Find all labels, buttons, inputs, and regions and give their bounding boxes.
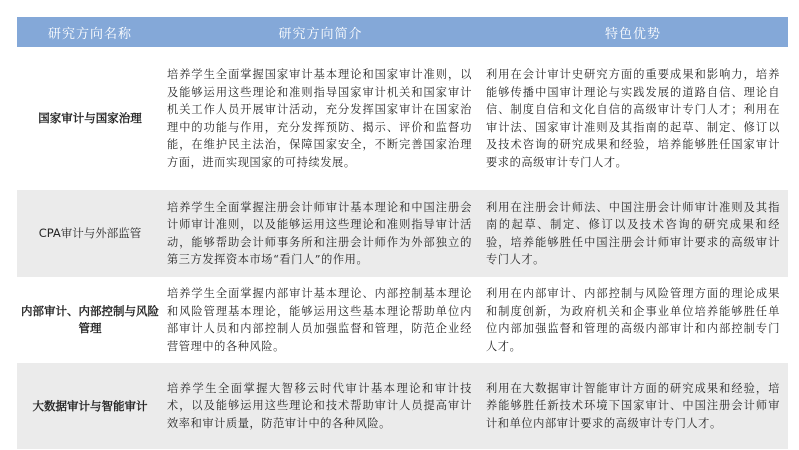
direction-intro-text: 培养学生全面掌握国家审计基本理论和国家审计准则，以及能够运用这些理论和准则指导国… bbox=[167, 66, 472, 171]
header-distinctive-advantages: 特色优势 bbox=[478, 17, 788, 47]
direction-advantage: 利用在内部审计、内部控制与风险管理方面的理论成果和制度创新，为政府机关和企事业单… bbox=[478, 277, 788, 363]
direction-intro: 培养学生全面掌握内部审计基本理论、内部控制基本理论和风险管理基本理论，能够运用这… bbox=[163, 277, 478, 363]
header-research-direction-intro: 研究方向简介 bbox=[163, 17, 478, 47]
direction-advantage-text: 利用在大数据审计智能审计方面的研究成果和经验，培养能够胜任新技术环境下国家审计、… bbox=[486, 380, 780, 433]
table-row: 国家审计与国家治理 培养学生全面掌握国家审计基本理论和国家审计准则，以及能够运用… bbox=[17, 47, 788, 190]
direction-intro: 培养学生全面掌握国家审计基本理论和国家审计准则，以及能够运用这些理论和准则指导国… bbox=[163, 47, 478, 190]
direction-intro-text: 培养学生全面掌握注册会计师审计基本理论和中国注册会计师审计准则，以及能够运用这些… bbox=[167, 199, 472, 269]
direction-intro-text: 培养学生全面掌握大智移云时代审计基本理论和审计技术，以及能够运用这些理论和技术帮… bbox=[167, 380, 472, 433]
table-row: CPA审计与外部监管 培养学生全面掌握注册会计师审计基本理论和中国注册会计师审计… bbox=[17, 190, 788, 277]
direction-intro: 培养学生全面掌握大智移云时代审计基本理论和审计技术，以及能够运用这些理论和技术帮… bbox=[163, 363, 478, 449]
direction-advantage: 利用在大数据审计智能审计方面的研究成果和经验，培养能够胜任新技术环境下国家审计、… bbox=[478, 363, 788, 449]
table-row: 内部审计、内部控制与风险管理 培养学生全面掌握内部审计基本理论、内部控制基本理论… bbox=[17, 277, 788, 363]
research-directions-table: 研究方向名称 研究方向简介 特色优势 国家审计与国家治理 培养学生全面掌握国家审… bbox=[17, 17, 788, 449]
direction-advantage: 利用在注册会计师法、中国注册会计师审计准则及其指南的起草、制定、修订以及技术咨询… bbox=[478, 190, 788, 277]
direction-advantage-text: 利用在会计审计史研究方面的重要成果和影响力，培养能够传播中国审计理论与实践发展的… bbox=[486, 66, 780, 171]
header-research-direction-name: 研究方向名称 bbox=[17, 17, 163, 47]
direction-intro-text: 培养学生全面掌握内部审计基本理论、内部控制基本理论和风险管理基本理论，能够运用这… bbox=[167, 285, 472, 355]
direction-name: 国家审计与国家治理 bbox=[17, 47, 163, 190]
direction-name: 内部审计、内部控制与风险管理 bbox=[17, 277, 163, 363]
table-header-row: 研究方向名称 研究方向简介 特色优势 bbox=[17, 17, 788, 47]
direction-name: CPA审计与外部监管 bbox=[17, 190, 163, 277]
direction-name: 大数据审计与智能审计 bbox=[17, 363, 163, 449]
direction-advantage-text: 利用在内部审计、内部控制与风险管理方面的理论成果和制度创新，为政府机关和企事业单… bbox=[486, 285, 780, 355]
direction-advantage: 利用在会计审计史研究方面的重要成果和影响力，培养能够传播中国审计理论与实践发展的… bbox=[478, 47, 788, 190]
table-row: 大数据审计与智能审计 培养学生全面掌握大智移云时代审计基本理论和审计技术，以及能… bbox=[17, 363, 788, 449]
direction-advantage-text: 利用在注册会计师法、中国注册会计师审计准则及其指南的起草、制定、修订以及技术咨询… bbox=[486, 199, 780, 269]
direction-intro: 培养学生全面掌握注册会计师审计基本理论和中国注册会计师审计准则，以及能够运用这些… bbox=[163, 190, 478, 277]
